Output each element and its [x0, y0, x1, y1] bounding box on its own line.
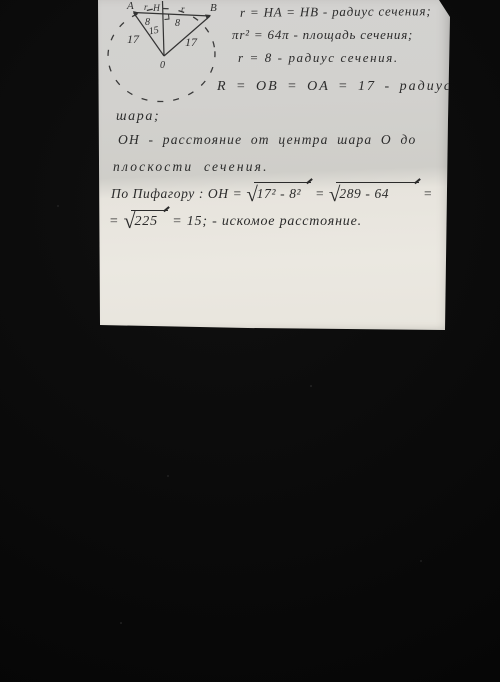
scan-speck	[167, 475, 169, 477]
scan-speck	[310, 385, 312, 387]
pythagoras-prefix: По Пифагору : ОН =	[111, 186, 242, 201]
sqrt-expression-3: √225	[124, 210, 168, 232]
section-diagram: A B r H r 8 8 15 17 17 0	[98, 0, 223, 110]
solution-line-pythagoras: По Пифагору : ОН = √17² - 8² = √289 - 64…	[111, 182, 433, 204]
result-suffix: = 15; - искомое расстояние.	[172, 214, 362, 229]
solution-line-radius-def: r = HA = HB - радиус сечения;	[240, 3, 432, 21]
photo-background: A B r H r 8 8 15 17 17 0 r = HA = HB - р…	[0, 0, 500, 682]
sqrt-expression-1: √17² - 8²	[246, 182, 311, 204]
solution-line-area: πr² = 64π - площадь сечения;	[232, 27, 413, 43]
label-r-left: r	[144, 2, 148, 12]
label-seg-right: 8	[175, 18, 180, 29]
label-point-h: H	[152, 4, 161, 14]
label-point-a: A	[126, 0, 134, 12]
paper-sheet: A B r H r 8 8 15 17 17 0 r = HA = HB - р…	[98, 0, 452, 331]
solution-line-oh-distance: ОН - расстояние от центра шара О до	[118, 132, 416, 148]
solution-line-shara: шара;	[116, 109, 160, 125]
label-radius-right-17: 17	[185, 35, 198, 49]
label-point-o: 0	[160, 60, 165, 71]
label-point-b: B	[210, 2, 217, 14]
result-prefix: =	[109, 214, 119, 229]
scan-speck	[420, 560, 422, 562]
sqrt-body-1: 17² - 8²	[254, 182, 311, 204]
right-angle-mark	[165, 14, 170, 19]
chord-ab	[134, 13, 211, 17]
label-radius-left-17: 17	[127, 32, 140, 46]
solution-line-plane: плоскости сечения.	[113, 159, 269, 175]
solution-line-result: = √225 = 15; - искомое расстояние.	[109, 210, 362, 232]
sqrt-expression-2: √289 - 64	[329, 182, 419, 204]
scan-speck	[57, 205, 59, 207]
label-height-15: 15	[148, 25, 160, 38]
solution-line-r8: r = 8 - радиус сечения.	[238, 50, 399, 66]
solution-line-sphere-radius: R = OB = OA = 17 - радиус	[217, 79, 452, 95]
equals-sign: =	[423, 186, 433, 201]
sqrt-body-3: 225	[131, 210, 167, 232]
arrowhead-b	[205, 15, 211, 20]
height-oh	[163, 1, 165, 56]
scan-speck	[120, 622, 122, 624]
sphere-circle-outline	[105, 5, 218, 105]
equals-sign: =	[315, 186, 325, 201]
label-r-right: r	[181, 4, 185, 14]
sqrt-body-2: 289 - 64	[336, 182, 419, 204]
